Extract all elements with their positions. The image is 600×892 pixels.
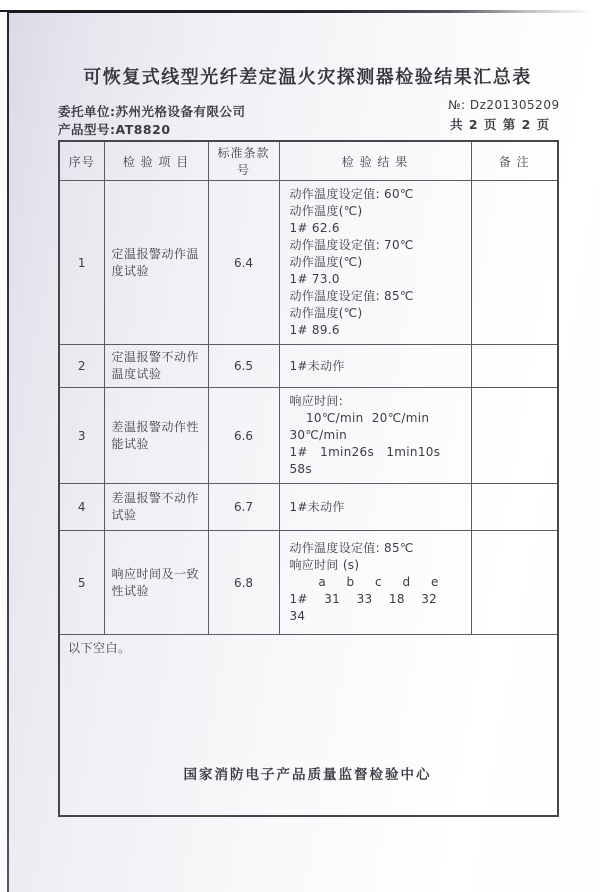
row-seq: 2 [59, 345, 104, 388]
table-row: 1 定温报警动作温度试验 6.4 动作温度设定值: 60℃ 动作温度(℃) 1#… [59, 181, 558, 345]
table-row: 5 响应时间及一致性试验 6.8 动作温度设定值: 85℃ 响应时间 (s) a… [59, 531, 558, 635]
row-item: 定温报警动作温度试验 [104, 181, 208, 345]
row-item: 差温报警不动作试验 [104, 484, 208, 531]
scan-left-margin [0, 12, 7, 892]
row-remark [471, 345, 558, 388]
table-row: 2 定温报警不动作温度试验 6.5 1#未动作 [59, 345, 558, 388]
row-clause: 6.6 [208, 388, 279, 484]
row-clause: 6.4 [208, 181, 279, 345]
header-item: 检 验 项 目 [104, 141, 208, 181]
row-item: 定温报警不动作温度试验 [104, 345, 208, 388]
row-clause: 6.8 [208, 531, 279, 635]
header-seq: 序号 [59, 141, 104, 181]
issuing-center-name: 国家消防电子产品质量监督检验中心 [58, 763, 557, 783]
row-seq: 1 [59, 181, 104, 345]
table-blank-row: 以下空白。 [59, 635, 558, 817]
table-header-row: 序号 检 验 项 目 标准条款号 检 验 结 果 备 注 [59, 141, 558, 181]
header-remark: 备 注 [471, 141, 558, 181]
row-item: 响应时间及一致性试验 [104, 531, 208, 635]
scan-top-edge-line [0, 10, 600, 13]
header-clause: 标准条款号 [208, 141, 279, 181]
client-unit-line: 委托单位:苏州光格设备有限公司 [58, 102, 246, 120]
report-number: №: Dz201305209 [448, 98, 560, 112]
row-result: 动作温度设定值: 60℃ 动作温度(℃) 1# 62.6 动作温度设定值: 70… [279, 181, 471, 345]
row-result: 1#未动作 [279, 484, 471, 531]
scan-left-edge-line [7, 12, 9, 892]
document-title: 可恢复式线型光纤差定温火灾探测器检验结果汇总表 [58, 63, 557, 89]
row-seq: 4 [59, 484, 104, 531]
row-clause: 6.7 [208, 484, 279, 531]
inspection-result-table: 序号 检 验 项 目 标准条款号 检 验 结 果 备 注 1 定温报警动作温度试… [58, 140, 559, 817]
row-result: 响应时间: 10℃/min 20℃/min 30℃/min 1# 1min26s… [279, 388, 471, 484]
table-row: 3 差温报警动作性能试验 6.6 响应时间: 10℃/min 20℃/min 3… [59, 388, 558, 484]
row-remark [471, 388, 558, 484]
header-result: 检 验 结 果 [279, 141, 471, 181]
row-remark [471, 484, 558, 531]
row-item: 差温报警动作性能试验 [104, 388, 208, 484]
table-row: 4 差温报警不动作试验 6.7 1#未动作 [59, 484, 558, 531]
page-count: 共 2 页 第 2 页 [450, 115, 550, 133]
product-model-line: 产品型号:AT8820 [58, 120, 171, 138]
row-clause: 6.5 [208, 345, 279, 388]
scanned-document-page: 可恢复式线型光纤差定温火灾探测器检验结果汇总表 委托单位:苏州光格设备有限公司 … [0, 0, 600, 892]
row-seq: 5 [59, 531, 104, 635]
row-result: 动作温度设定值: 85℃ 响应时间 (s) a b c d e 1# 31 33… [279, 531, 471, 635]
blank-below-note: 以下空白。 [59, 635, 558, 817]
row-result: 1#未动作 [279, 345, 471, 388]
scan-top-margin [0, 0, 600, 10]
row-remark [471, 181, 558, 345]
row-remark [471, 531, 558, 635]
row-seq: 3 [59, 388, 104, 484]
